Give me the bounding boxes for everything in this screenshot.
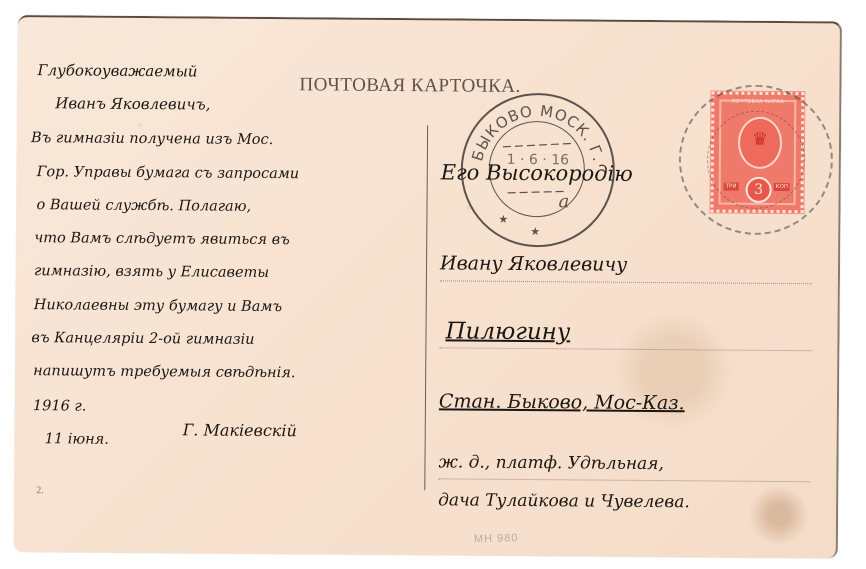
postcard: ПОЧТОВАЯ КАРТОЧКА. Глубокоуважаемый Иван… [14, 15, 842, 558]
postcard-scene: ПОЧТОВАЯ КАРТОЧКА. Глубокоуважаемый Иван… [0, 0, 866, 569]
center-divider [424, 125, 428, 490]
message-line: Николаевны эту бумагу и Вамъ [34, 297, 282, 315]
pencil-note: МН 980 [474, 532, 519, 545]
message-signature: Г. Макіевскій [183, 420, 297, 440]
address-railway: ж. д., платф. Удѣльная, [438, 452, 664, 474]
message-line: Гор. Управы бумага съ запросами [37, 164, 299, 182]
address-name: Ивану Яковлевичу [440, 252, 627, 275]
address-station: Стан. Быково, Мос-Каз. [439, 390, 685, 414]
message-date-day: 11 іюня. [45, 431, 109, 448]
message-greeting: Глубокоуважаемый [37, 61, 197, 80]
message-line: что Вамъ слѣдуетъ явиться въ [34, 230, 290, 248]
message-date-year: 1916 г. [33, 398, 87, 414]
address-dacha: дача Тулайкова и Чувелева. [438, 490, 690, 512]
address-guide-line [439, 347, 811, 351]
message-line: въ Канцеляріи 2-ой гимназіи [31, 330, 254, 348]
address-honorific: Его Высокородію [441, 160, 633, 186]
postmark-star-icon: ★ [498, 213, 508, 226]
address-guide-line [440, 280, 812, 284]
message-line: о Вашей службѣ. Полагаю, [36, 197, 251, 215]
message-line: Въ гимназіи получена изъ Мос. [31, 130, 273, 148]
message-line: напишутъ требуемыя свѣдѣнія. [33, 363, 295, 381]
postmark-star-icon: ★ [530, 225, 540, 238]
stamp-cancellation-mark [678, 84, 833, 235]
address-surname: Пилюгину [445, 318, 570, 345]
message-addressee: Иванъ Яковлевичъ, [55, 94, 210, 113]
series-number: 2. [36, 485, 44, 496]
address-guide-line [438, 478, 810, 482]
cancellation-inner-ring [707, 110, 806, 209]
message-line: гимназію, взять у Елисаветы [34, 263, 269, 281]
postmark-letter: а [558, 191, 569, 212]
